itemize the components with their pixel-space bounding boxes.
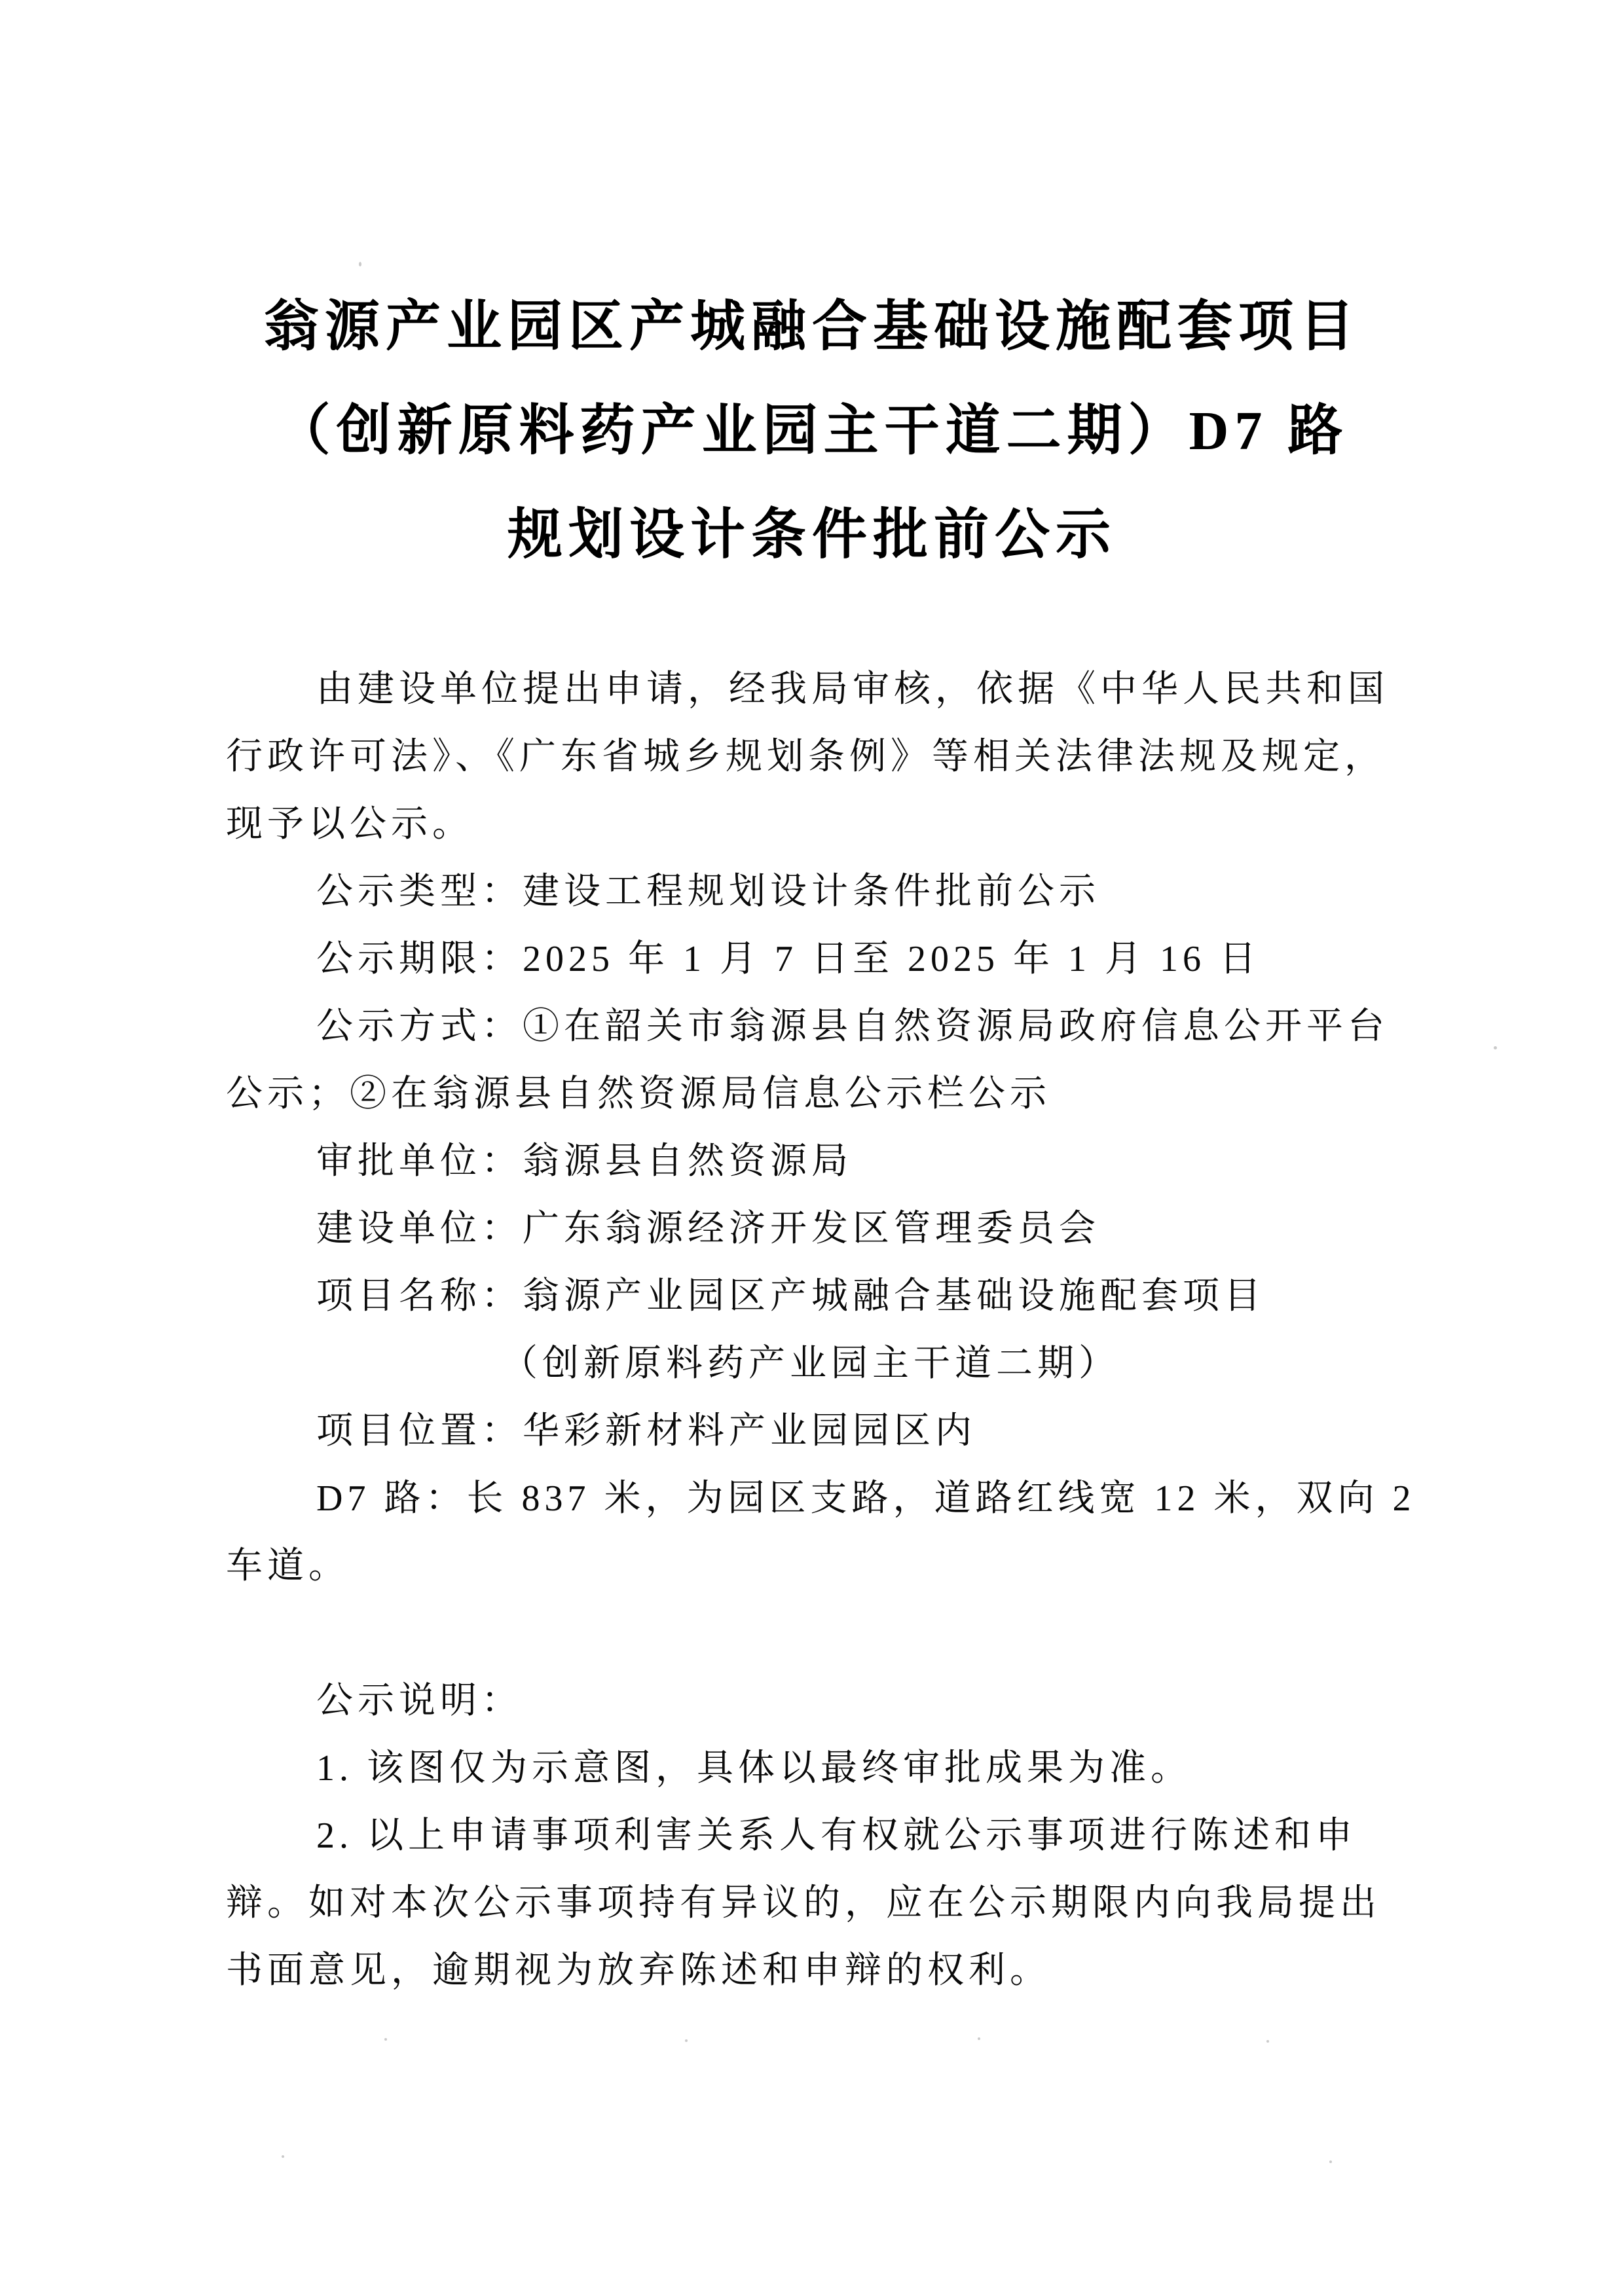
scan-artifact	[1329, 2160, 1332, 2163]
body-line: 公示期限：2025 年 1 月 7 日至 2025 年 1 月 16 日	[226, 926, 1434, 993]
body-line: 公示类型：建设工程规划设计条件批前公示	[226, 858, 1434, 926]
body-line: 项目名称：翁源产业园区产城融合基础设施配套项目	[226, 1263, 1434, 1330]
body-line: 辩。如对本次公示事项持有异议的，应在公示期限内向我局提出	[226, 1870, 1434, 1937]
body-line: 书面意见，逾期视为放弃陈述和申辩的权利。	[226, 1937, 1434, 2005]
body-line: D7 路：长 837 米，为园区支路，道路红线宽 12 米，双向 2	[226, 1465, 1434, 1533]
title-line-1: 翁源产业园区产城融合基础设施配套项目	[0, 275, 1624, 379]
body-line: 建设单位：广东翁源经济开发区管理委员会	[226, 1195, 1434, 1263]
document-title: 翁源产业园区产城融合基础设施配套项目 （创新原料药产业园主干道二期）D7 路 规…	[0, 275, 1624, 587]
body-line: 2. 以上申请事项利害关系人有权就公示事项进行陈述和申	[226, 1802, 1434, 1870]
body-line: 公示方式：①在韶关市翁源县自然资源局政府信息公开平台	[226, 993, 1434, 1061]
body-line: 项目位置：华彩新材料产业园园区内	[226, 1398, 1434, 1465]
scan-artifact	[978, 2037, 980, 2040]
document-page: 翁源产业园区产城融合基础设施配套项目 （创新原料药产业园主干道二期）D7 路 规…	[0, 0, 1624, 2296]
body-line: 车道。	[226, 1533, 1434, 1600]
body-line: 由建设单位提出申请，经我局审核，依据《中华人民共和国	[226, 656, 1434, 723]
body-line: 行政许可法》、《广东省城乡规划条例》等相关法律法规及规定，	[226, 723, 1434, 791]
scan-artifact	[1266, 2040, 1269, 2043]
body-line: 现予以公示。	[226, 791, 1434, 858]
scan-artifact	[685, 2039, 688, 2042]
scan-artifact	[1494, 1046, 1497, 1049]
title-line-3: 规划设计条件批前公示	[0, 483, 1624, 587]
body-line: 审批单位：翁源县自然资源局	[226, 1128, 1434, 1195]
scan-artifact	[359, 262, 361, 266]
body-line: 公示；②在翁源县自然资源局信息公示栏公示	[226, 1061, 1434, 1128]
title-line-2: （创新原料药产业园主干道二期）D7 路	[0, 379, 1624, 483]
body-line	[226, 1600, 1434, 1667]
scan-artifact	[384, 2038, 387, 2041]
body-line: 公示说明：	[226, 1667, 1434, 1735]
body-line: 1. 该图仅为示意图，具体以最终审批成果为准。	[226, 1735, 1434, 1802]
document-body: 由建设单位提出申请，经我局审核，依据《中华人民共和国行政许可法》、《广东省城乡规…	[226, 656, 1434, 2005]
body-line: （创新原料药产业园主干道二期）	[226, 1330, 1434, 1398]
scan-artifact	[282, 2155, 284, 2158]
